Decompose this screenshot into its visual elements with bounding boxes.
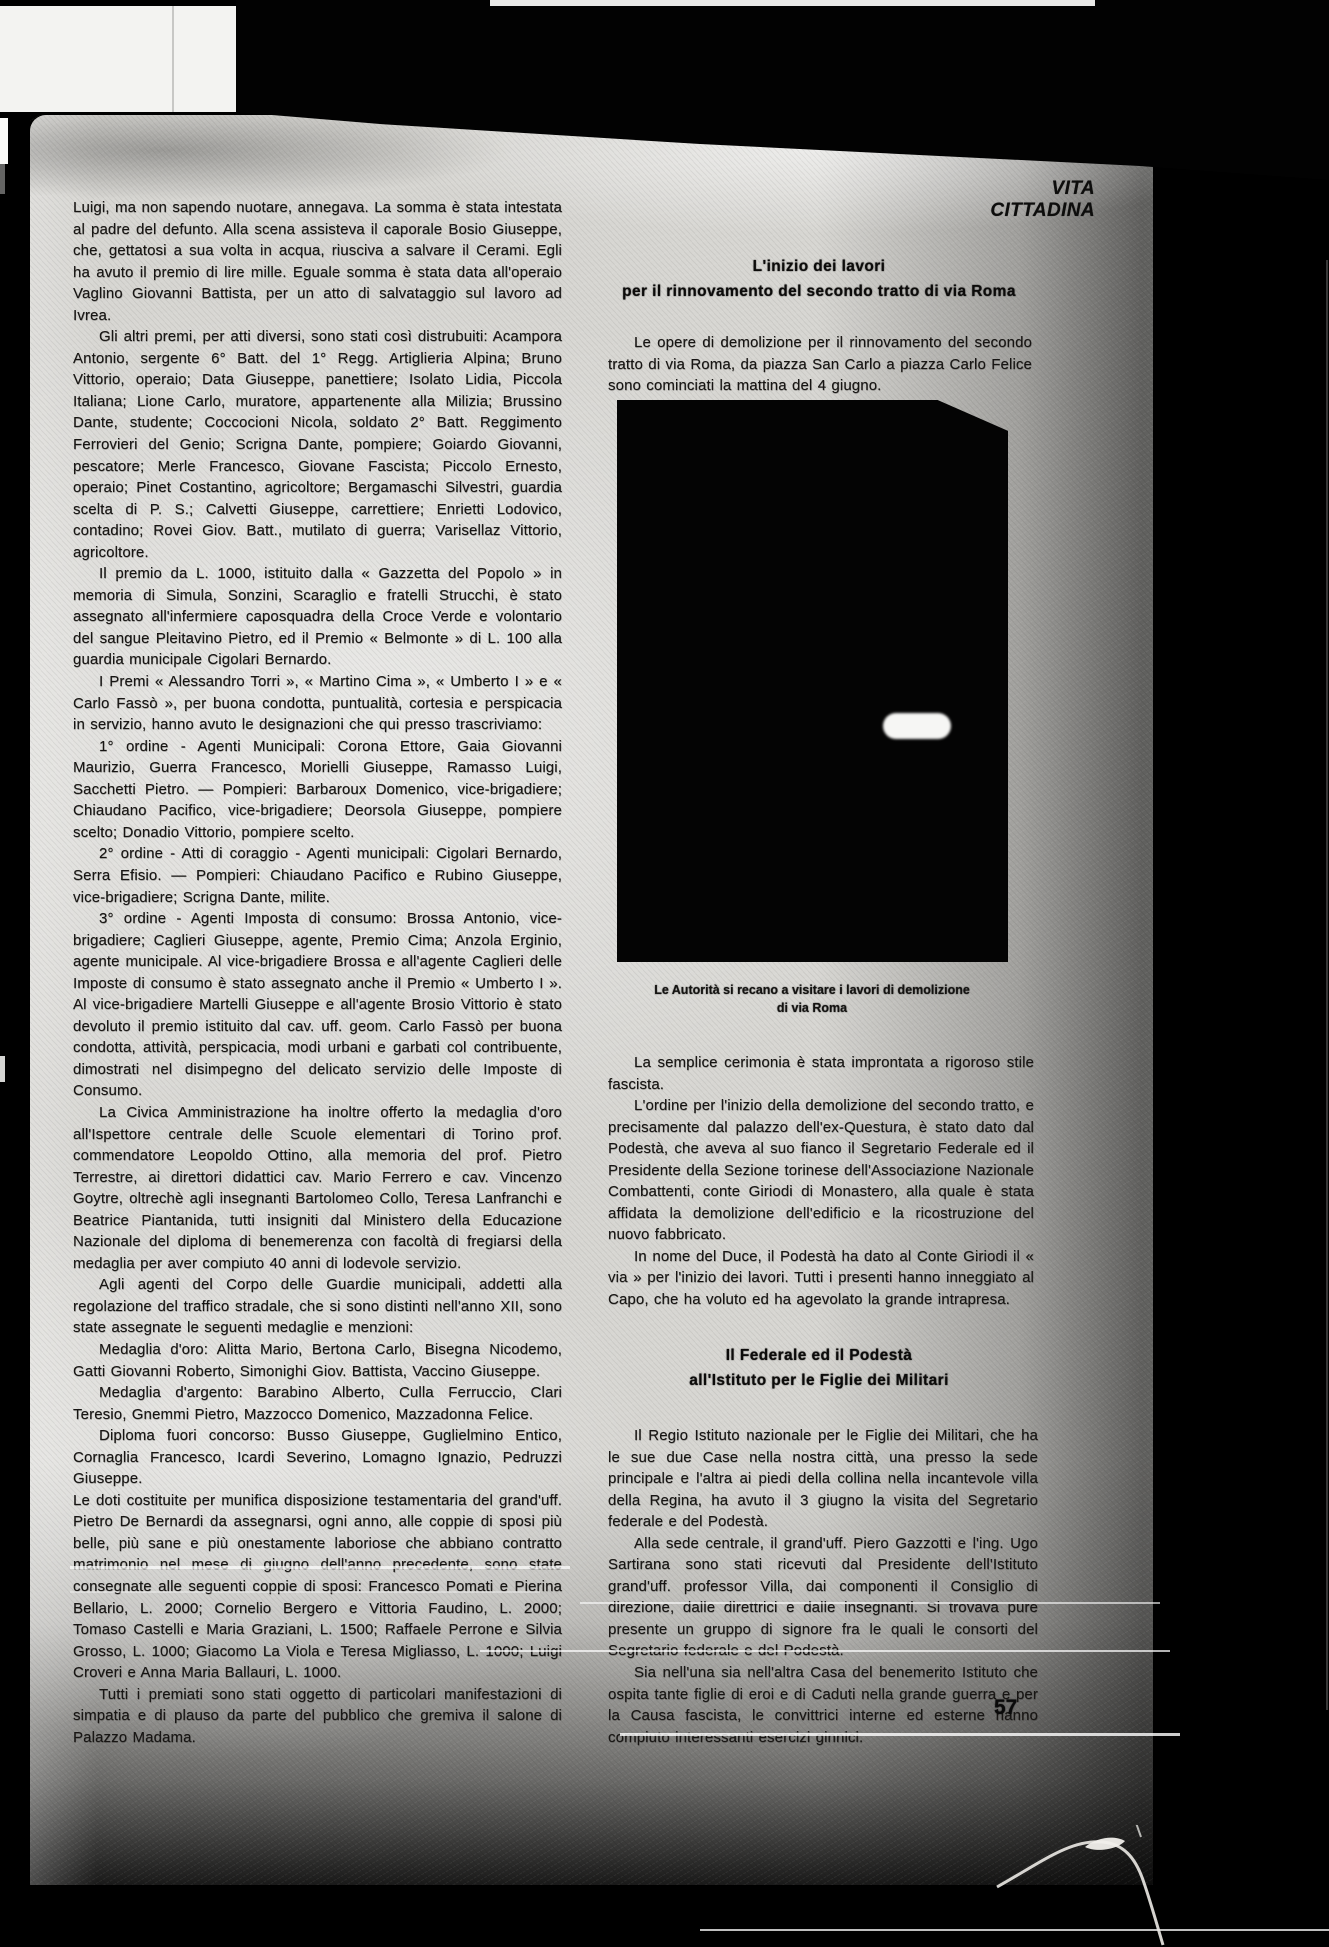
photo-highlight — [883, 713, 951, 739]
article2-heading: Il Federale ed il Podestà all'Istituto p… — [608, 1347, 1030, 1390]
scan-artifact-scratch — [985, 1825, 1205, 1947]
paragraph: In nome del Duce, il Podestà ha dato al … — [608, 1246, 1034, 1311]
paragraph: Il premio da L. 1000, istituito dalla « … — [73, 563, 562, 671]
paragraph: I Premi « Alessandro Torri », « Martino … — [73, 671, 562, 736]
paragraph: Medaglia d'oro: Alitta Mario, Bertona Ca… — [73, 1339, 562, 1382]
paragraph: 2° ordine - Atti di coraggio - Agenti mu… — [73, 843, 562, 908]
paragraph: 3° ordine - Agenti Imposta di consumo: B… — [73, 908, 562, 1102]
scan-artifact-edge-strip — [0, 1056, 5, 1082]
photo-caption-line2: di via Roma — [777, 1001, 847, 1015]
article2-body: Il Regio Istituto nazionale per le Figli… — [608, 1425, 1038, 1748]
paragraph: Il Regio Istituto nazionale per le Figli… — [608, 1425, 1038, 1533]
paragraph: Agli agenti del Corpo delle Guardie muni… — [73, 1274, 562, 1339]
paragraph: La semplice cerimonia è stata improntata… — [608, 1052, 1034, 1095]
article1-intro-block: Le opere di demolizione per il rinnovame… — [608, 332, 1032, 397]
paragraph: Medaglia d'argento: Barabino Alberto, Cu… — [73, 1382, 562, 1425]
paragraph: Tutti i premiati sono stati oggetto di p… — [73, 1684, 562, 1749]
paragraph: La Civica Amministrazione ha inoltre off… — [73, 1102, 562, 1274]
left-text-column: Luigi, ma non sapendo nuotare, annegava.… — [73, 197, 562, 1748]
article2-heading-line2: all'Istituto per le Figlie dei Militari — [608, 1372, 1030, 1390]
paragraph: Sia nell'una sia nell'altra Casa del ben… — [608, 1662, 1038, 1748]
scan-artifact-seam — [172, 6, 174, 112]
paragraph: Gli altri premi, per atti diversi, sono … — [73, 326, 562, 563]
article1-heading-line1: L'inizio dei lavori — [753, 258, 886, 275]
scan-artifact-top-sliver — [490, 0, 1095, 6]
page-number: 57 — [994, 1696, 1017, 1720]
scan-artifact-corner-block — [0, 6, 236, 112]
photo-caption: Le Autorità si recano a visitare i lavor… — [608, 981, 1016, 1017]
article2-heading-line1: Il Federale ed il Podestà — [726, 1347, 913, 1364]
scan-artifact-edge-strip — [0, 164, 5, 194]
article1-body: La semplice cerimonia è stata improntata… — [608, 1052, 1034, 1311]
paragraph: Diploma fuori concorso: Busso Giuseppe, … — [73, 1425, 562, 1490]
scan-artifact-edge-strip — [0, 118, 8, 164]
paragraph: 1° ordine - Agenti Municipali: Corona Et… — [73, 736, 562, 844]
paragraph: Le opere di demolizione per il rinnovame… — [608, 332, 1032, 397]
page-title: VITA CITTADINA — [950, 178, 1095, 222]
article1-heading: L'inizio dei lavori per il rinnovamento … — [608, 258, 1030, 301]
scanned-magazine-page: VITA CITTADINA Luigi, ma non sapendo nuo… — [0, 0, 1329, 1947]
paragraph: Le doti costituite per munifica disposiz… — [73, 1490, 562, 1684]
paragraph: L'ordine per l'inizio della demolizione … — [608, 1095, 1034, 1246]
article1-heading-line2: per il rinnovamento del secondo tratto d… — [608, 283, 1030, 301]
demolition-photo — [617, 400, 1008, 962]
scan-artifact-edge-line — [1326, 260, 1328, 1710]
paragraph: Alla sede centrale, il grand'uff. Piero … — [608, 1533, 1038, 1662]
paragraph: Luigi, ma non sapendo nuotare, annegava.… — [73, 197, 562, 326]
photo-caption-line1: Le Autorità si recano a visitare i lavor… — [654, 983, 970, 997]
